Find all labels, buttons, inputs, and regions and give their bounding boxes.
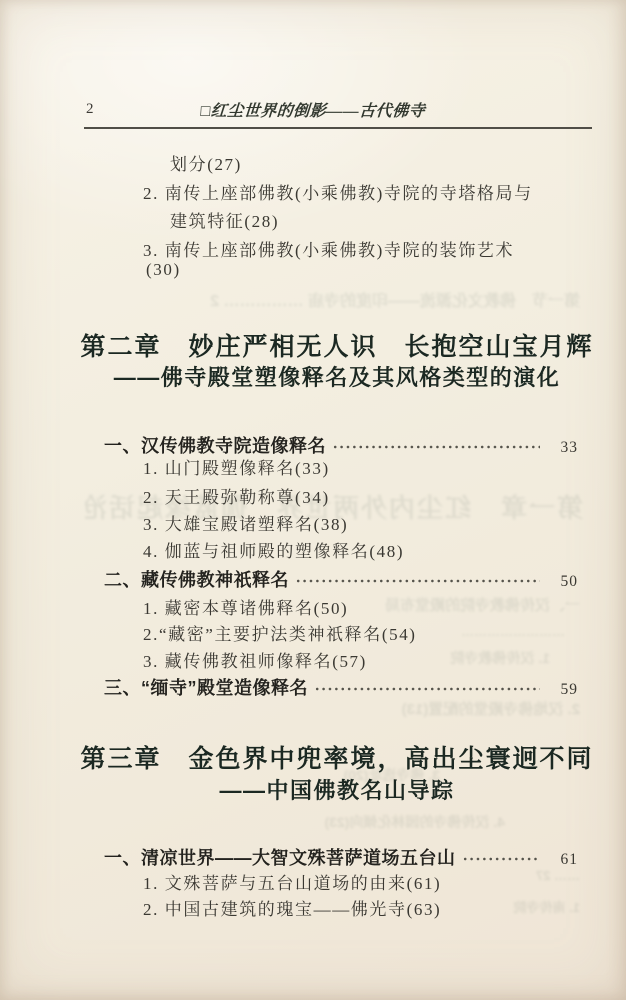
toc-continuation-line: (30) bbox=[146, 260, 181, 280]
toc-item: 2. 南传上座部佛教(小乘佛教)寺院的寺塔格局与 bbox=[143, 179, 533, 204]
section-label: 一、清凉世界——大智文殊菩萨道场五台山 bbox=[104, 844, 456, 870]
toc-item: 1. 文殊菩萨与五台山道场的由来(61) bbox=[143, 869, 441, 894]
dot-leader bbox=[295, 575, 540, 587]
bleedthrough-text: 2. 汉地佛寺殿堂的配置(13) bbox=[330, 698, 580, 719]
chapter2-title: 第二章 妙庄严相无人识 长抱空山宝月辉 bbox=[56, 327, 618, 363]
bleedthrough-text: 1. 南传寺院 bbox=[445, 897, 580, 916]
toc-item: 3. 南传上座部佛教(小乘佛教)寺院的装饰艺术 bbox=[143, 236, 514, 261]
section-page-number: 59 bbox=[548, 681, 578, 699]
section-label: 三、“缅寺”殿堂造像释名 bbox=[104, 674, 308, 700]
running-title: □红尘世界的倒影——古代佛寺 bbox=[0, 98, 626, 121]
toc-item: 2.“藏密”主要护法类神祇释名(54) bbox=[143, 620, 417, 645]
toc-item: 1. 藏密本尊诸佛释名(50) bbox=[143, 594, 348, 619]
toc-section-row: 一、清凉世界——大智文殊菩萨道场五台山 61 bbox=[104, 844, 578, 870]
toc-section-row: 二、藏传佛教神祇释名 50 bbox=[104, 566, 578, 592]
toc-item: 2. 中国古建筑的瑰宝——佛光寺(63) bbox=[143, 895, 441, 920]
bleedthrough-text: 4. 汉传佛寺的园林化倾向(23) bbox=[255, 812, 505, 832]
header-rule bbox=[84, 127, 592, 129]
toc-item: 1. 山门殿塑像释名(33) bbox=[143, 454, 330, 479]
dot-leader bbox=[332, 441, 540, 453]
toc-item: 3. 大雄宝殿诸塑释名(38) bbox=[143, 510, 348, 535]
chapter3-title: 第三章 金色界中兜率境，高出尘寰迥不同 bbox=[56, 739, 618, 775]
toc-continuation-line: 建筑特征(28) bbox=[170, 207, 279, 232]
bleedthrough-text: 1. 汉传佛教寺院 bbox=[420, 648, 550, 668]
toc-section-row: 三、“缅寺”殿堂造像释名 59 bbox=[104, 674, 578, 700]
section-page-number: 61 bbox=[548, 851, 578, 869]
chapter2-subtitle: ——佛寺殿堂塑像释名及其风格类型的演化 bbox=[56, 361, 618, 392]
bleedthrough-text: 一、汉传佛教寺院的殿堂布局 bbox=[330, 594, 580, 615]
dot-leader bbox=[314, 683, 540, 695]
chapter3-subtitle: ——中国佛教名山导踪 bbox=[56, 774, 618, 805]
bleedthrough-text: …………………… bbox=[400, 624, 565, 639]
toc-item: 4. 伽蓝与祖师殿的塑像释名(48) bbox=[143, 537, 404, 562]
bleedthrough-text: 第一节 佛教文化源流——印度的寺庙 …………… 2 bbox=[92, 288, 580, 311]
bleedthrough-text: …… 27 bbox=[505, 868, 580, 883]
dot-leader bbox=[462, 853, 541, 865]
section-label: 二、藏传佛教神祇释名 bbox=[104, 566, 289, 592]
toc-item: 2. 天王殿弥勒称尊(34) bbox=[143, 483, 330, 508]
toc-continuation-line: 划分(27) bbox=[170, 150, 242, 175]
section-page-number: 33 bbox=[548, 439, 578, 457]
section-page-number: 50 bbox=[548, 573, 578, 591]
book-page-scan: 第一节 佛教文化源流——印度的寺庙 …………… 2 第一章 红尘内外两世界 伽蓝… bbox=[0, 0, 626, 1000]
toc-item: 3. 藏传佛教祖师像释名(57) bbox=[143, 647, 367, 672]
